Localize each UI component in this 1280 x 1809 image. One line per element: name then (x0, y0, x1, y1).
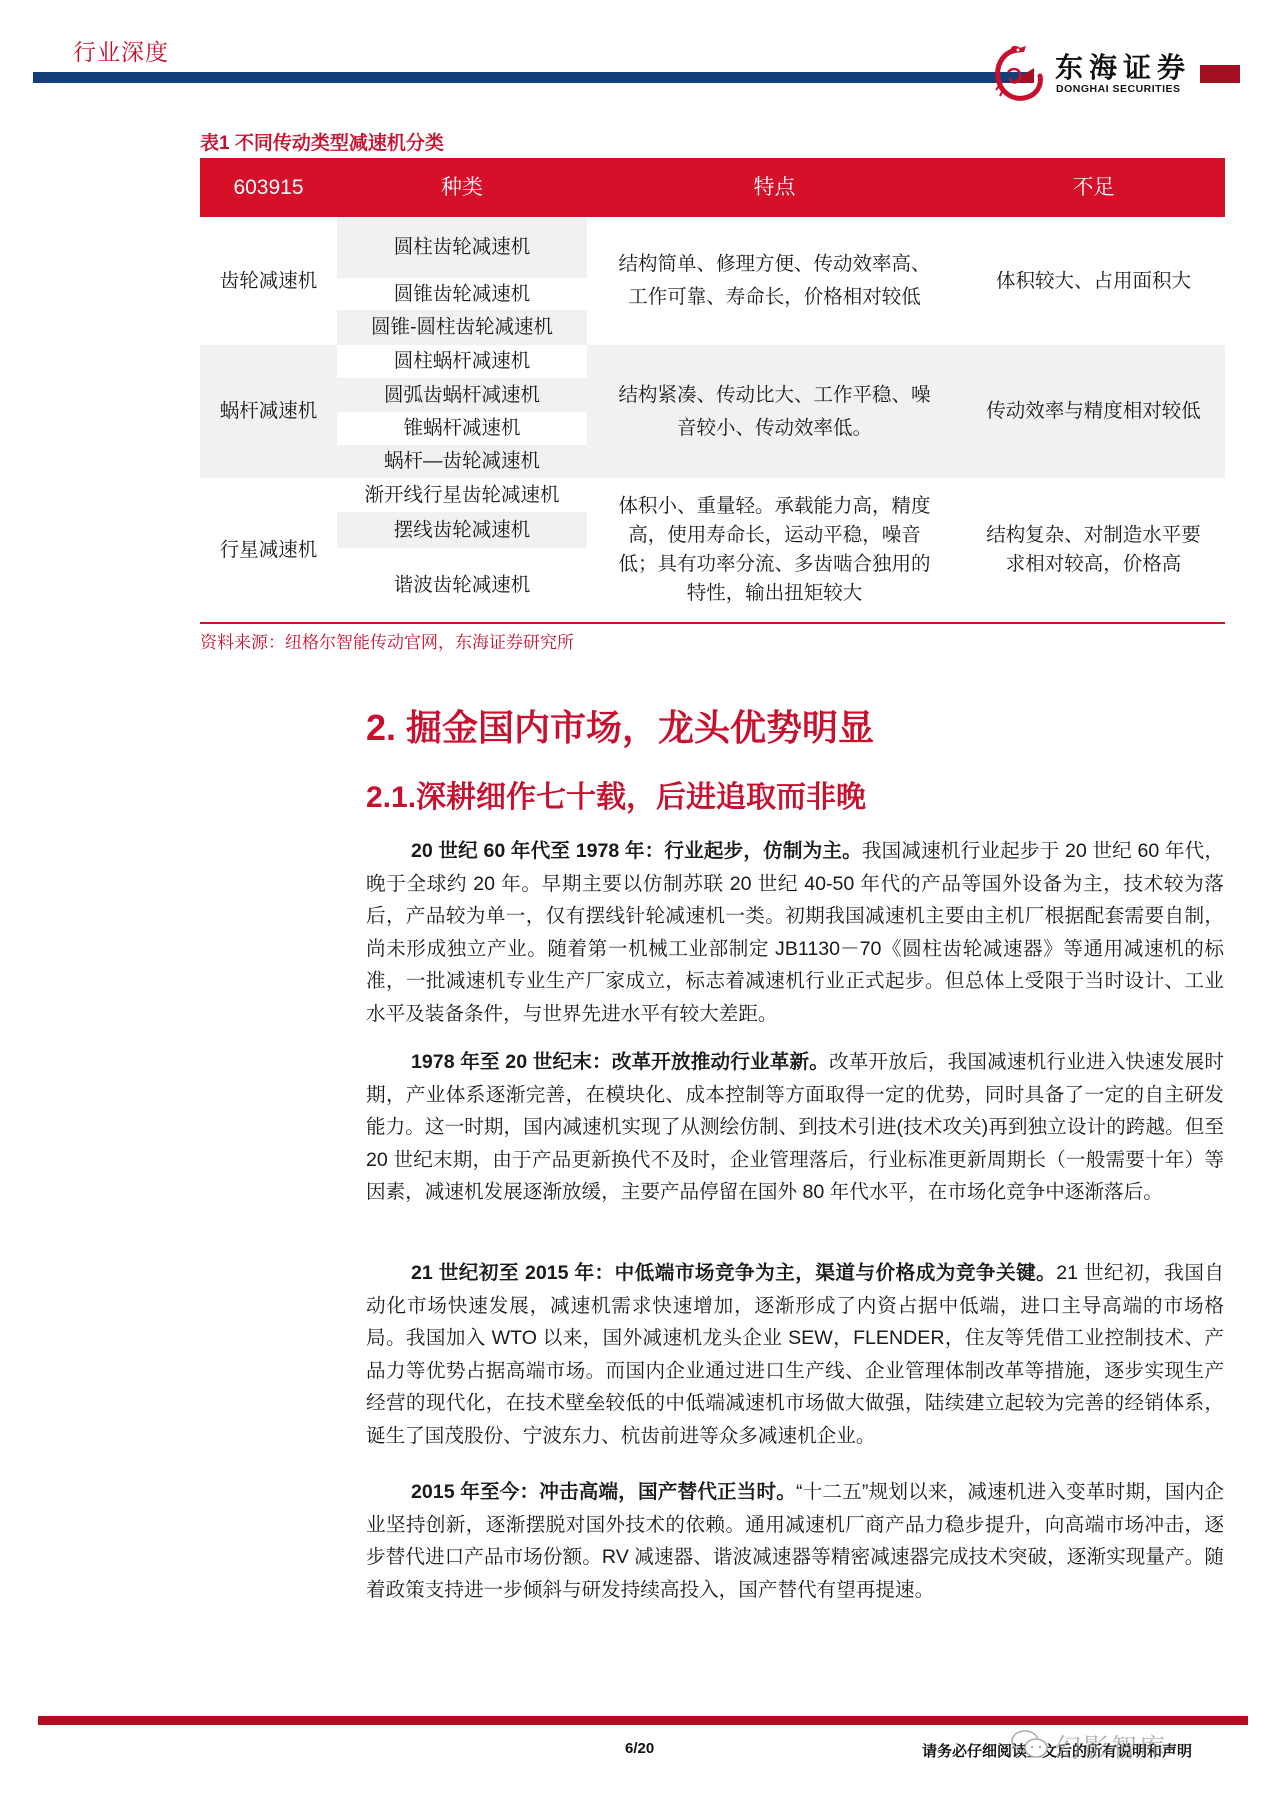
paragraph-2000-2015: 21 世纪初至 2015 年：中低端市场竞争为主，渠道与价格成为竞争关键。21 … (366, 1257, 1224, 1452)
paragraph-1960s-1978: 20 世纪 60 年代至 1978 年：行业起步，仿制为主。我国减速机行业起步于… (366, 835, 1224, 1030)
section-label: 行业深度 (73, 34, 169, 67)
paragraph-lead: 1978 年至 20 世纪末：改革开放推动行业革新。 (411, 1051, 829, 1073)
features-line: 低；具有功率分流、多齿啮合独用的 (618, 550, 930, 579)
features-line: 特性，输出扭矩较大 (687, 579, 863, 608)
table-row-category: 齿轮减速机 (200, 217, 337, 345)
logo-chinese-name: 东海证券 (1055, 46, 1191, 86)
footer-red-bar (38, 1716, 1248, 1725)
paragraph-lead: 21 世纪初至 2015 年：中低端市场竞争为主，渠道与价格成为竞争关键。 (411, 1262, 1056, 1284)
table-row-category: 行星减速机 (200, 478, 337, 622)
table-row-category: 蜗杆减速机 (200, 345, 337, 478)
shortcomings-line: 结构复杂、对制造水平要 (986, 521, 1201, 550)
donghai-logo: 东海证券 DONGHAI SECURITIES (990, 42, 1200, 106)
table-cell-features: 体积小、重量轻。承载能力高，精度 高，使用寿命长，运动平稳，噪音 低；具有功率分… (587, 478, 962, 622)
table-cell-type: 蜗杆—齿轮减速机 (337, 445, 587, 478)
table-bottom-rule (200, 622, 1225, 624)
table-cell-type: 圆锥齿轮减速机 (337, 278, 587, 310)
features-line: 结构紧凑、传动比大、工作平稳、噪 (618, 379, 930, 412)
table-cell-type: 锥蜗杆减速机 (337, 412, 587, 445)
column-header-features: 特点 (587, 158, 962, 217)
features-line: 音较小、传动效率低。 (677, 412, 872, 445)
dragon-logo-icon (990, 42, 1046, 106)
watermark-text: 幻影智库 (1055, 1728, 1167, 1765)
shortcomings-line: 求相对较高，价格高 (1006, 550, 1182, 579)
table-title: 表1 不同传动类型减速机分类 (200, 128, 444, 155)
paragraph-body: 改革开放后，我国减速机行业进入快速发展时期，产业体系逐渐完善，在模块化、成本控制… (366, 1051, 1224, 1203)
page-number: 6/20 (625, 1740, 654, 1757)
table-cell-shortcomings: 传动效率与精度相对较低 (962, 345, 1225, 478)
features-line: 高，使用寿命长，运动平稳，噪音 (628, 521, 921, 550)
table-cell-type: 圆锥-圆柱齿轮减速机 (337, 310, 587, 345)
header-blue-bar (33, 72, 1033, 83)
paragraph-body: 21 世纪初，我国自动化市场快速发展，减速机需求快速增加，逐渐形成了内资占据中低… (366, 1262, 1224, 1447)
table-cell-type: 圆柱蜗杆减速机 (337, 345, 587, 378)
table-cell-features: 结构紧凑、传动比大、工作平稳、噪 音较小、传动效率低。 (587, 345, 962, 478)
paragraph-2015-present: 2015 年至今：冲击高端，国产替代正当时。“十二五”规划以来，减速机进入变革时… (366, 1476, 1224, 1606)
column-header-code: 603915 (200, 158, 337, 217)
paragraph-body: 我国减速机行业起步于 20 世纪 60 年代，晚于全球约 20 年。早期主要以仿… (366, 840, 1224, 1025)
paragraph-1978-2000: 1978 年至 20 世纪末：改革开放推动行业革新。改革开放后，我国减速机行业进… (366, 1046, 1224, 1209)
table-cell-type: 渐开线行星齿轮减速机 (337, 478, 587, 512)
table-cell-type: 圆弧齿蜗杆减速机 (337, 378, 587, 412)
column-header-shortcomings: 不足 (962, 158, 1225, 217)
features-line: 工作可靠、寿命长，价格相对较低 (628, 281, 921, 314)
logo-english-name: DONGHAI SECURITIES (1056, 83, 1181, 95)
header-red-bar (1200, 65, 1240, 83)
table-cell-shortcomings: 体积较大、占用面积大 (962, 217, 1225, 345)
table-cell-type: 圆柱齿轮减速机 (337, 217, 587, 278)
table-cell-type: 谐波齿轮减速机 (337, 548, 587, 622)
subsection-heading: 2.1.深耕细作七十载，后进追取而非晚 (366, 772, 866, 816)
section-heading: 2. 掘金国内市场，龙头优势明显 (366, 700, 874, 751)
features-line: 体积小、重量轻。承载能力高，精度 (618, 492, 930, 521)
paragraph-lead: 2015 年至今：冲击高端，国产替代正当时。 (411, 1481, 796, 1503)
table-source-note: 资料来源：纽格尔智能传动官网，东海证券研究所 (200, 628, 574, 653)
table-cell-type: 摆线齿轮减速机 (337, 512, 587, 548)
column-header-type: 种类 (337, 158, 587, 217)
wechat-watermark-icon (1010, 1728, 1050, 1762)
table-header-row: 603915 种类 特点 不足 (200, 158, 1225, 217)
features-line: 结构简单、修理方便、传动效率高、 (618, 248, 930, 281)
table-cell-features: 结构简单、修理方便、传动效率高、 工作可靠、寿命长，价格相对较低 (587, 217, 962, 345)
paragraph-lead: 20 世纪 60 年代至 1978 年：行业起步，仿制为主。 (411, 840, 862, 862)
table-cell-shortcomings: 结构复杂、对制造水平要 求相对较高，价格高 (962, 478, 1225, 622)
